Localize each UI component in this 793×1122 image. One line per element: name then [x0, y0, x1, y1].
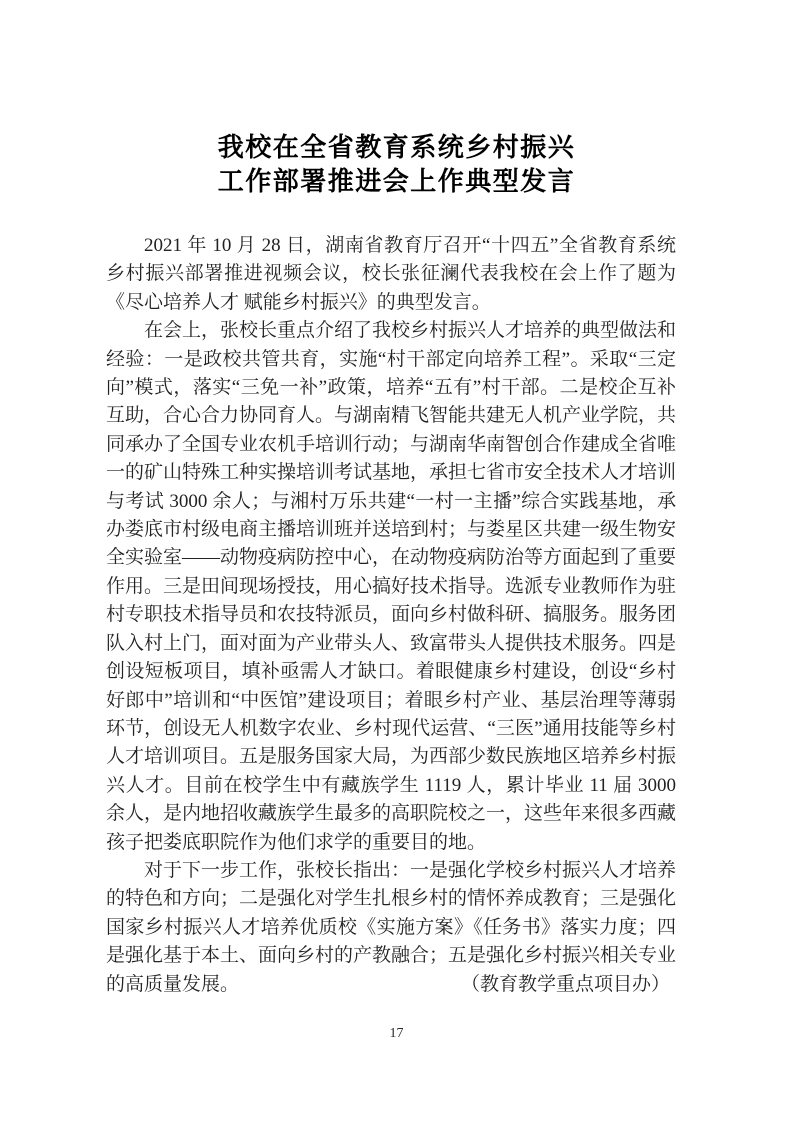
paragraph-next-steps: 对于下一步工作，张校长指出：一是强化学校乡村振兴人才培养的特色和方向；二是强化对…: [106, 857, 676, 999]
page-number: 17: [0, 1026, 793, 1042]
document-page: 我校在全省教育系统乡村振兴 工作部署推进会上作典型发言 2021 年 10 月 …: [0, 0, 793, 1122]
title-line-1: 我校在全省教育系统乡村振兴: [218, 132, 576, 162]
paragraph-main: 在会上，张校长重点介绍了我校乡村振兴人才培养的典型做法和经验：一是政校共管共育，…: [106, 317, 676, 857]
page-title: 我校在全省教育系统乡村振兴 工作部署推进会上作典型发言: [0, 130, 793, 198]
document-body: 2021 年 10 月 28 日，湖南省教育厅召开“十四五”全省教育系统乡村振兴…: [106, 232, 676, 999]
title-line-2: 工作部署推进会上作典型发言: [218, 166, 576, 196]
attribution: （教育教学重点项目办）: [461, 971, 670, 999]
paragraph-intro: 2021 年 10 月 28 日，湖南省教育厅召开“十四五”全省教育系统乡村振兴…: [106, 232, 676, 317]
